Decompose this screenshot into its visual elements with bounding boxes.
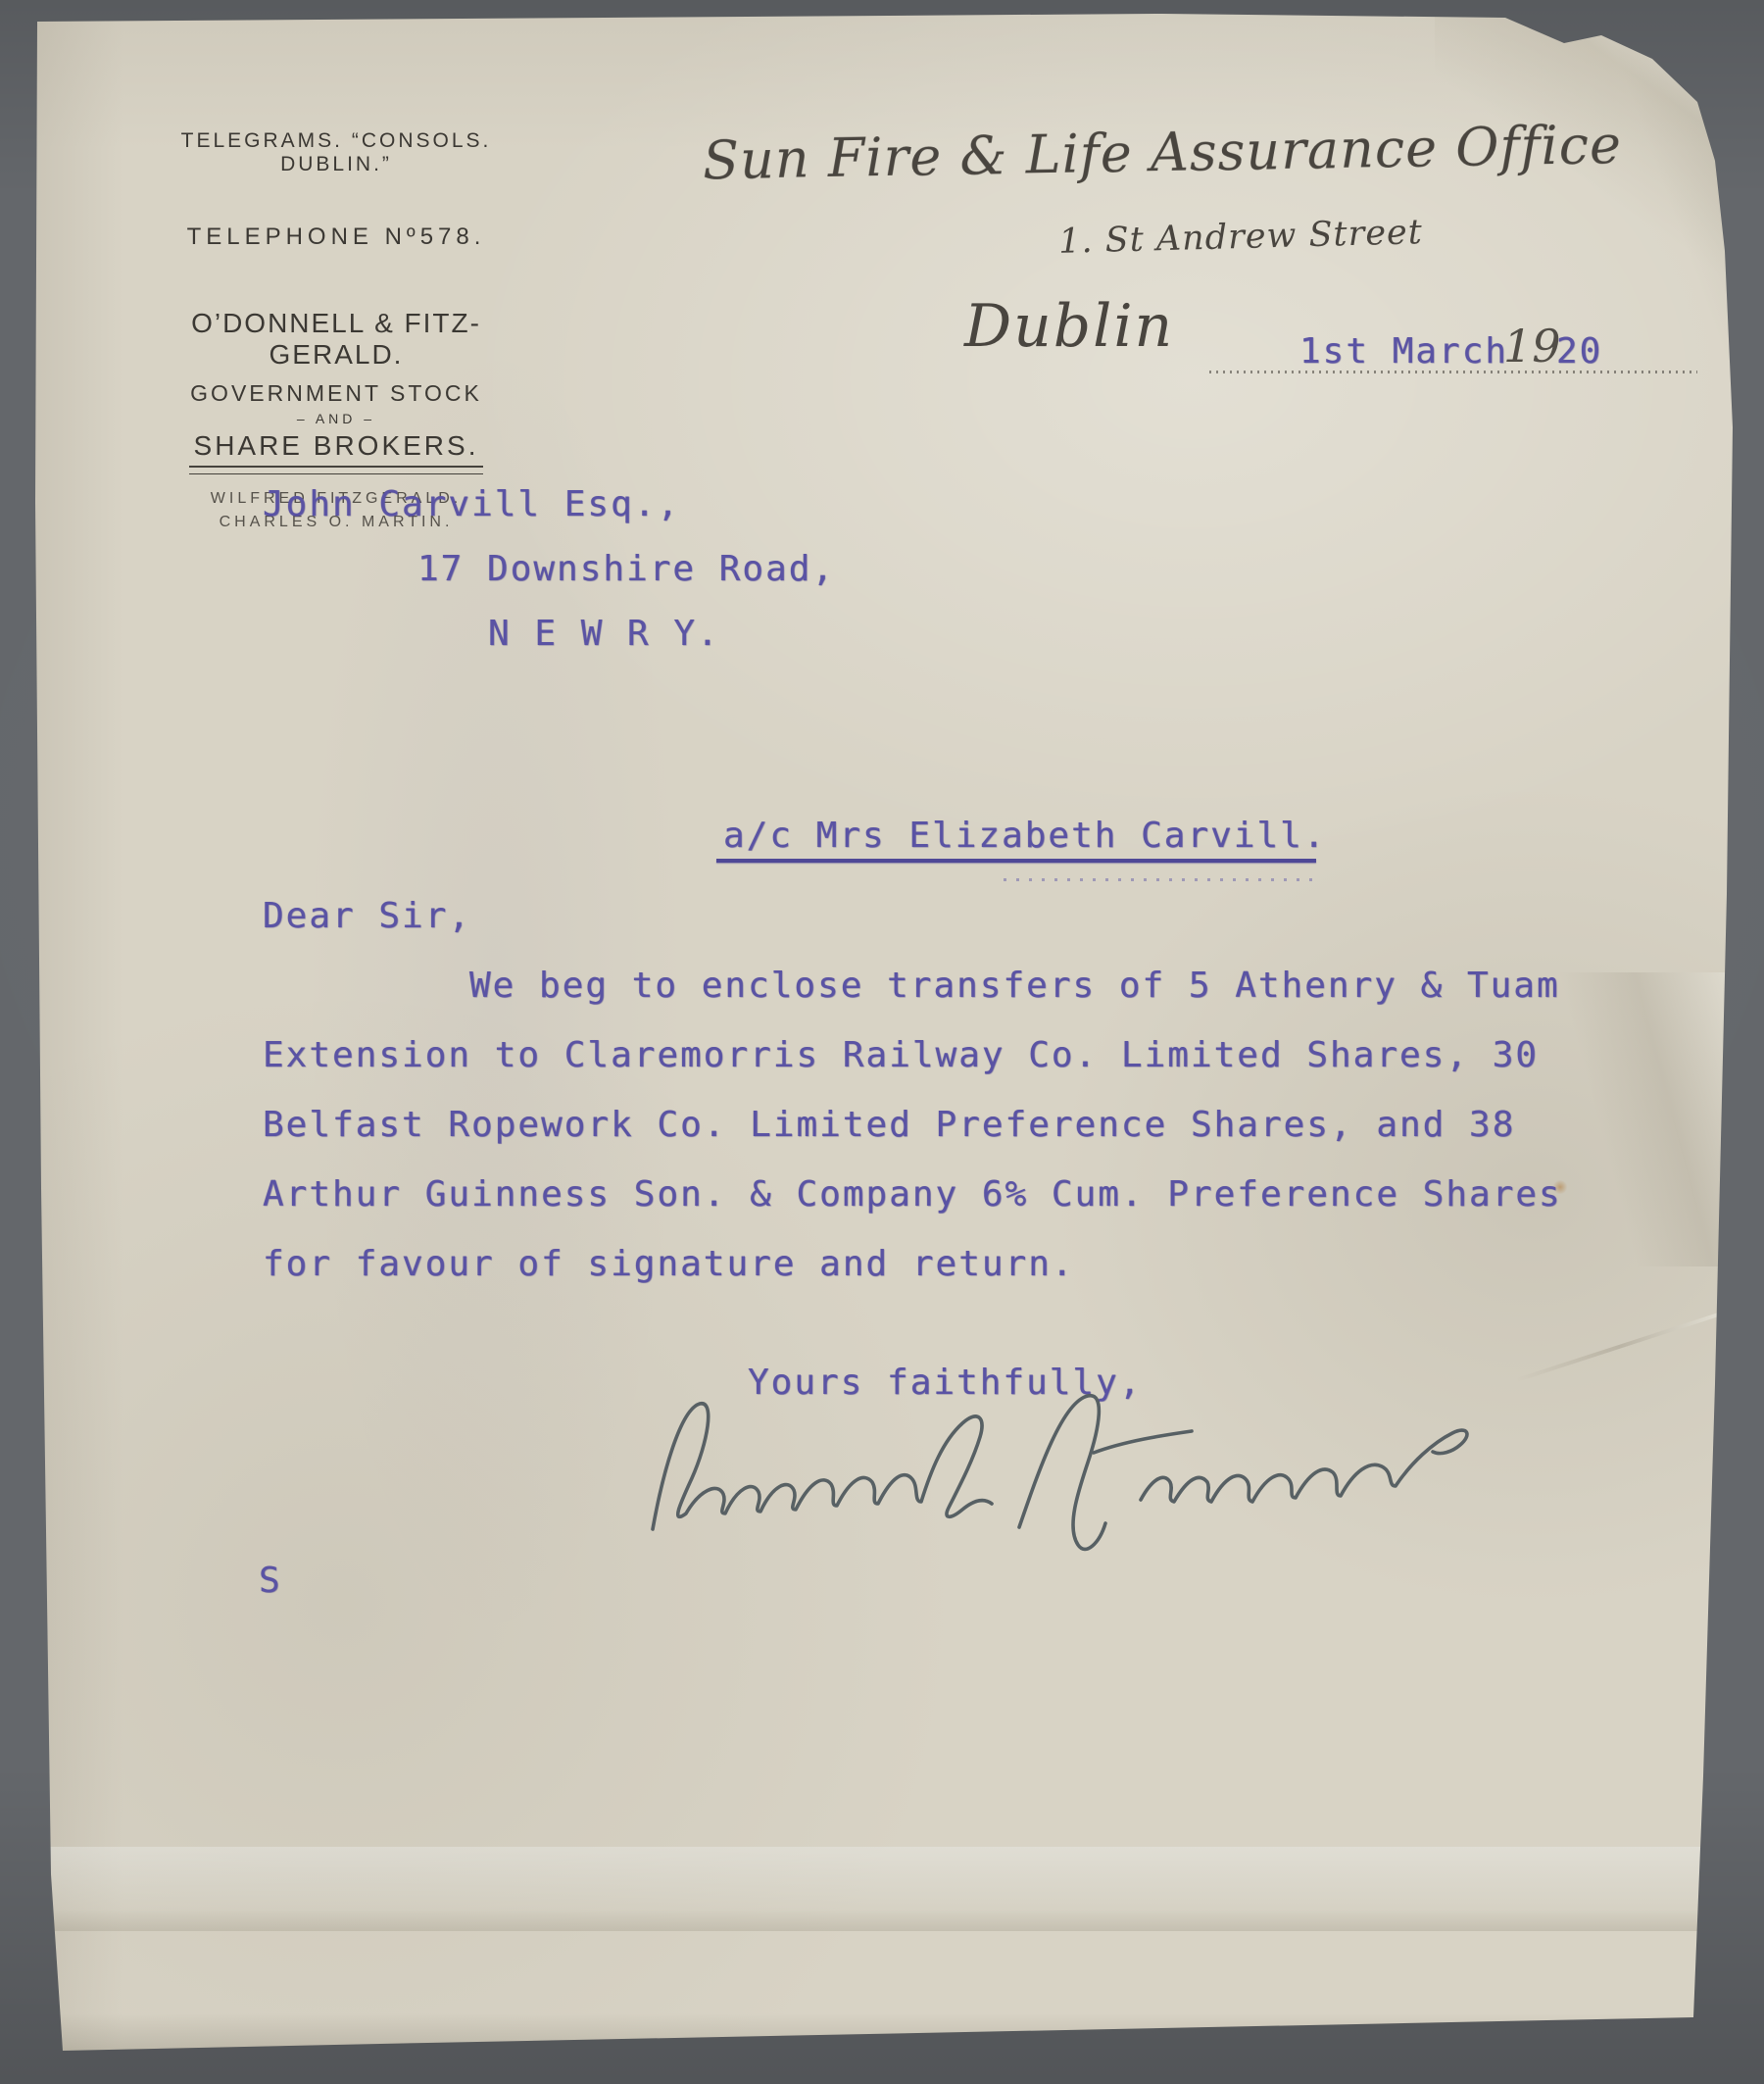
paper-crease-right xyxy=(1516,1312,1722,1382)
salutation: Dear Sir, xyxy=(263,896,471,936)
paper-edge-shadow xyxy=(35,2013,1737,2053)
date-year-typed: 20 xyxy=(1556,331,1602,372)
body-line-1: We beg to enclose transfers of 5 Athenry… xyxy=(469,966,1560,1006)
body-line-3: Belfast Ropework Co. Limited Preference … xyxy=(263,1105,1515,1145)
subject-dotted-marks xyxy=(1004,878,1315,881)
date-year-printed: 19 xyxy=(1503,320,1561,372)
signature-ink xyxy=(631,1380,1497,1561)
body-line-4: Arthur Guinness Son. & Company 6% Cum. P… xyxy=(263,1174,1562,1215)
subject-line: a/c Mrs Elizabeth Carvill. xyxy=(723,816,1327,856)
letterhead-left: TELEGRAMS. “CONSOLS. DUBLIN.” TELEPHONE … xyxy=(125,129,547,531)
recipient-street: 17 Downshire Road, xyxy=(417,549,835,589)
telegrams-line: TELEGRAMS. “CONSOLS. DUBLIN.” xyxy=(125,129,547,176)
paper-crease-line xyxy=(1519,0,1711,29)
date-day-month: 1st March xyxy=(1299,331,1508,372)
paper-crease-corner xyxy=(1435,8,1739,380)
body-line-5: for favour of signature and return. xyxy=(263,1244,1075,1284)
brokers-double-rule xyxy=(189,466,483,474)
recipient-name: John Carvill Esq., xyxy=(263,484,680,524)
firm-business-line2: SHARE BROKERS. xyxy=(125,430,547,462)
reference-initial: S xyxy=(259,1561,282,1601)
body-line-2: Extension to Claremorris Railway Co. Lim… xyxy=(263,1035,1539,1075)
telephone-line: TELEPHONE Nº578. xyxy=(125,223,547,251)
subject-underline xyxy=(716,859,1316,863)
and-separator: – AND – xyxy=(125,411,547,426)
city-script: Dublin xyxy=(964,292,1174,361)
recipient-town: N E W R Y. xyxy=(488,614,720,654)
firm-name: O’DONNELL & FITZ-GERALD. xyxy=(125,308,547,371)
letter-paper: TELEGRAMS. “CONSOLS. DUBLIN.” TELEPHONE … xyxy=(35,12,1737,2053)
paper-fold-bottom xyxy=(35,1847,1737,1931)
paper-crease-right xyxy=(1560,972,1737,1266)
scan-background: { "colors": { "background_mat": "#64676b… xyxy=(0,0,1764,2084)
firm-business-line1: GOVERNMENT STOCK xyxy=(125,380,547,407)
